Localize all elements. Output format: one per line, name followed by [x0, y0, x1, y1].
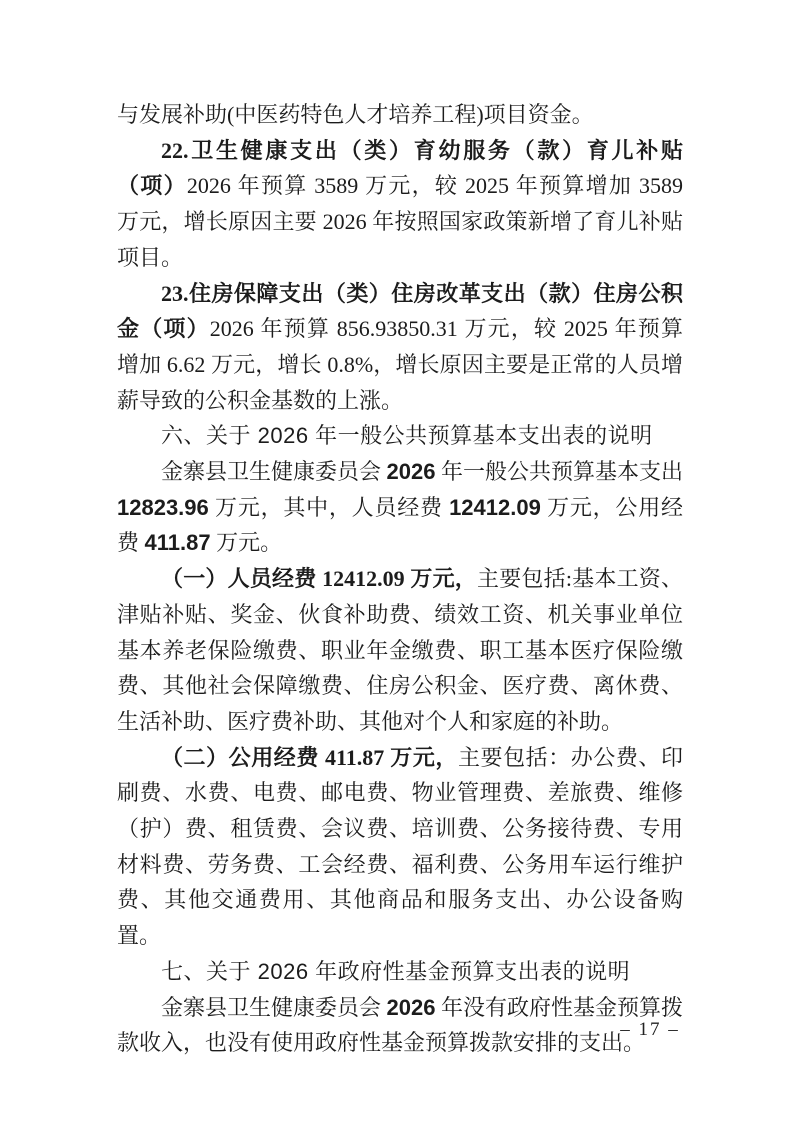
text-segment: 12412.09 [449, 495, 541, 520]
text-segment: （一）人员经费 12412.09 万元， [161, 566, 477, 591]
text-segment: 2026 [387, 995, 436, 1020]
text-segment: 411.87 [145, 530, 211, 555]
text-segment: 主要包括:基本工资、津贴补贴、奖金、伙食补助费、绩效工资、机关事业单位基本养老保… [117, 566, 683, 734]
section-heading: 七、关于 2026 年政府性基金预算支出表的说明 [117, 954, 683, 990]
paragraph: 23.住房保障支出（类）住房改革支出（款）住房公积金（项）2026 年预算 85… [117, 276, 683, 419]
text-segment: 万元，其中，人员经费 [209, 495, 449, 520]
text-segment: 主要包括：办公费、印刷费、水费、电费、邮电费、物业管理费、差旅费、维修（护）费、… [117, 745, 683, 949]
document-body: 与发展补助(中医药特色人才培养工程)项目资金。22.卫生健康支出（类）育幼服务（… [117, 97, 683, 1061]
text-segment: （二）公用经费 411.87 万元， [161, 745, 458, 770]
text-segment: 金寨县卫生健康委员会 [161, 995, 387, 1020]
paragraph: 金寨县卫生健康委员会 2026 年一般公共预算基本支出 12823.96 万元，… [117, 454, 683, 561]
text-segment: 12823.96 [117, 495, 209, 520]
text-segment: 2026 [387, 459, 436, 484]
text-segment: 金寨县卫生健康委员会 [161, 459, 387, 484]
text-segment: 年一般公共预算基本支出 [435, 459, 683, 484]
text-segment: 2026 年预算 3589 万元，较 2025 年预算增加 3589 万元，增长… [117, 173, 683, 269]
text-segment: 七、关于 2026 年政府性基金预算支出表的说明 [161, 959, 630, 984]
page-number: – 17 – [600, 1017, 700, 1043]
paragraph: （二）公用经费 411.87 万元，主要包括：办公费、印刷费、水费、电费、邮电费… [117, 740, 683, 954]
paragraph: （一）人员经费 12412.09 万元，主要包括:基本工资、津贴补贴、奖金、伙食… [117, 561, 683, 740]
section-heading: 六、关于 2026 年一般公共预算基本支出表的说明 [117, 418, 683, 454]
text-segment: 万元。 [211, 530, 283, 555]
text-segment: 六、关于 2026 年一般公共预算基本支出表的说明 [161, 423, 653, 448]
paragraph: 与发展补助(中医药特色人才培养工程)项目资金。 [117, 97, 683, 133]
text-segment: 与发展补助(中医药特色人才培养工程)项目资金。 [117, 102, 594, 127]
paragraph: 金寨县卫生健康委员会 2026 年没有政府性基金预算拨款收入，也没有使用政府性基… [117, 990, 683, 1061]
paragraph: 22.卫生健康支出（类）育幼服务（款）育儿补贴（项）2026 年预算 3589 … [117, 133, 683, 276]
document-page: 与发展补助(中医药特色人才培养工程)项目资金。22.卫生健康支出（类）育幼服务（… [0, 0, 793, 1122]
